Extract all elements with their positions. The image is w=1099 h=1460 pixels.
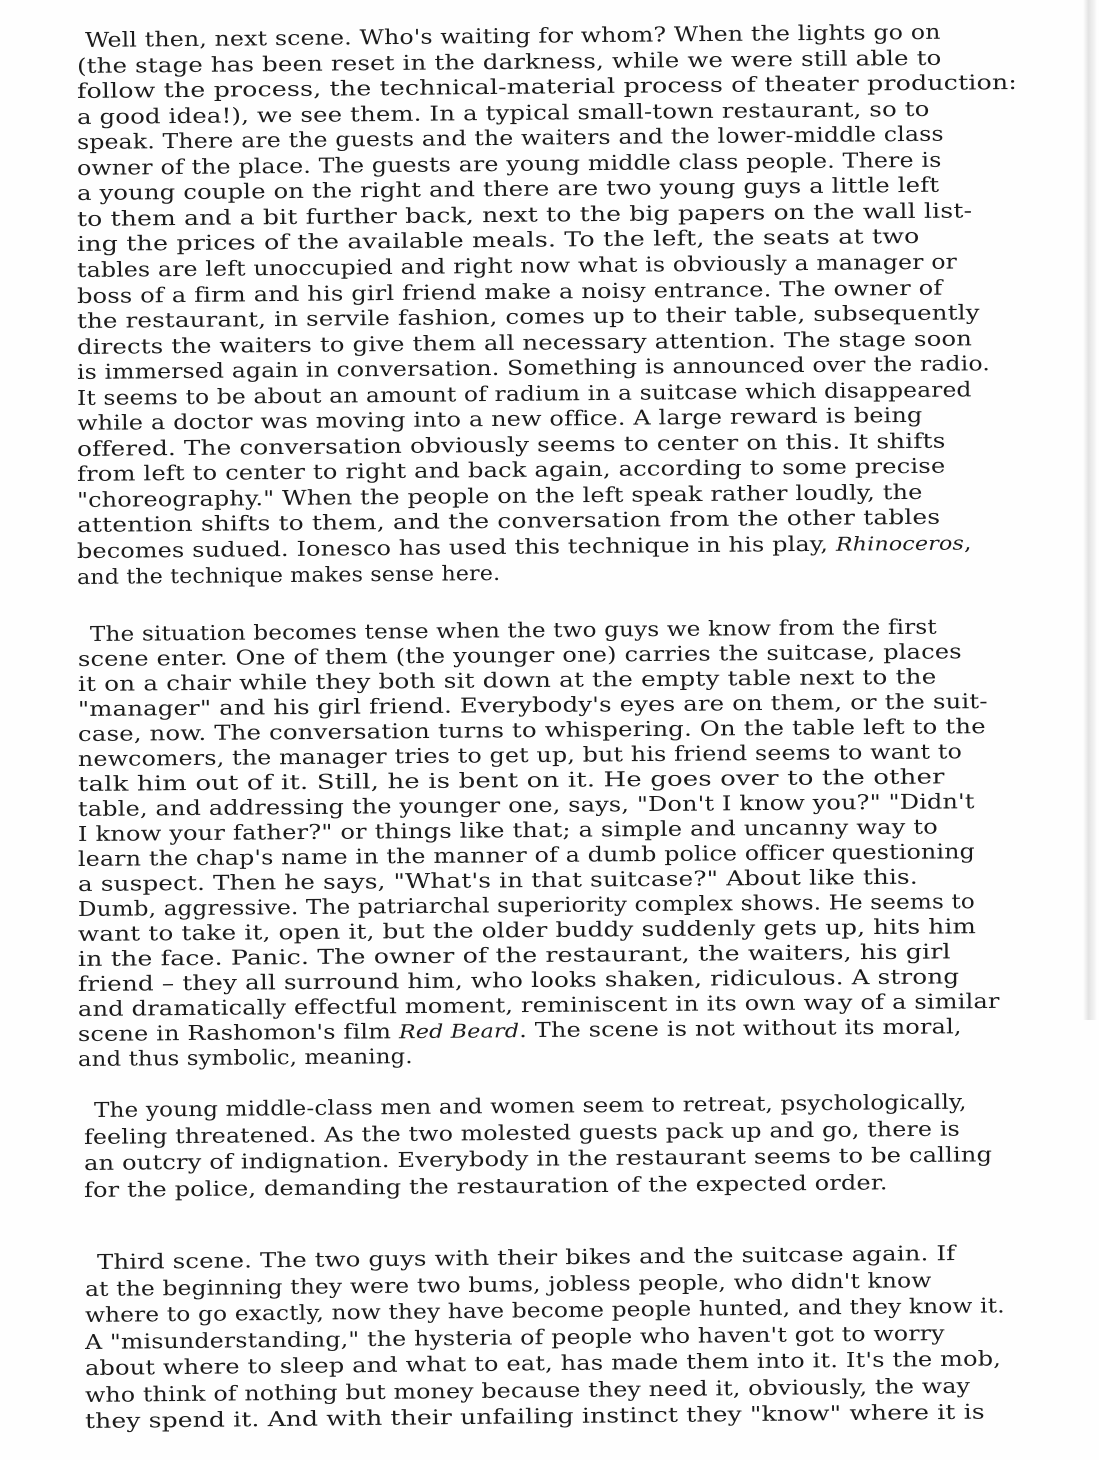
- text-line: they spend it. And with their unfailing …: [85, 1402, 985, 1432]
- text-line: an outcry of indignation. Everybody in t…: [84, 1144, 992, 1173]
- text-line: Third scene. The two guys with their bik…: [97, 1243, 956, 1272]
- line-text: becomes sudued. Ionesco has used this te…: [77, 532, 836, 563]
- line-text: and thus symbolic, meaning.: [78, 1044, 413, 1071]
- scanned-page: Well then, next scene. Who's waiting for…: [0, 0, 1099, 1460]
- italic-title: Red Beard: [399, 1020, 519, 1043]
- italic-title: Rhinoceros: [836, 532, 964, 555]
- scan-shadow-edge: [1083, 0, 1097, 1020]
- text-line: and thus symbolic, meaning.: [78, 1046, 413, 1069]
- italic-title-suffix: ,: [964, 530, 972, 554]
- text-line: feeling threatened. As the two molested …: [84, 1118, 960, 1147]
- text-line: The young middle-class men and women see…: [94, 1092, 967, 1121]
- text-line: and the technique makes sense here.: [77, 562, 500, 587]
- line-text: and the technique makes sense here.: [77, 560, 500, 588]
- text-line: becomes sudued. Ionesco has used this te…: [77, 532, 972, 562]
- text-line: scene in Rashomon's film Red Beard. The …: [78, 1016, 962, 1045]
- line-text: for the police, demanding the restaurati…: [84, 1170, 888, 1202]
- italic-title-suffix: . The scene is not without its moral,: [519, 1014, 962, 1042]
- line-text: scene in Rashomon's film: [78, 1019, 399, 1046]
- text-line: for the police, demanding the restaurati…: [84, 1172, 888, 1200]
